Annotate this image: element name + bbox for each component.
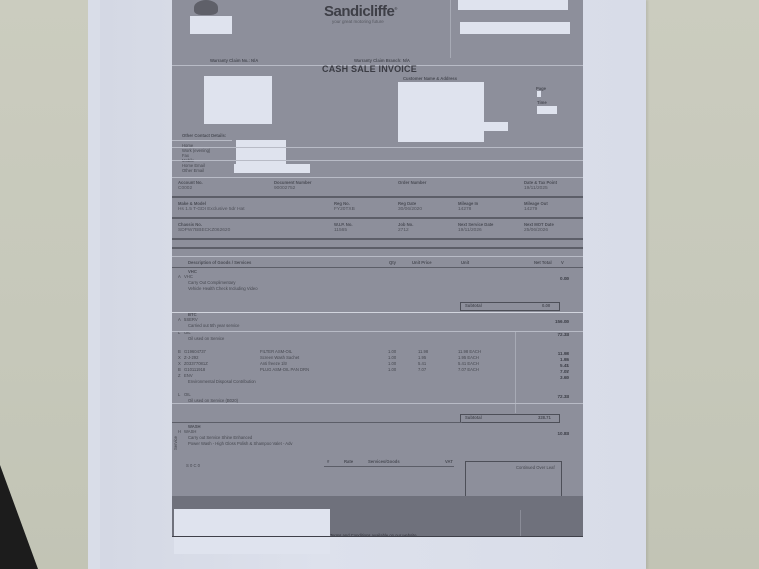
- field-label: Mileage Out: [524, 202, 548, 206]
- divider: [172, 247, 583, 249]
- redacted-footer: [174, 509, 330, 554]
- col-vat: V: [561, 261, 564, 265]
- divider: [172, 403, 583, 404]
- field-label: Chassis No.: [178, 223, 202, 227]
- continued-label: Continued Over Leaf: [516, 466, 555, 470]
- field-label: Reg Date: [398, 202, 416, 206]
- part-unit-price: 7.07: [418, 368, 426, 372]
- line-ref: H: [178, 430, 181, 434]
- col-unit: Unit: [461, 261, 469, 265]
- warranty-claim-no: Warranty Claim No.: N/A: [210, 59, 258, 63]
- line-text: OIL: [184, 393, 191, 397]
- divider: [172, 331, 583, 332]
- divider: [172, 160, 583, 161]
- redacted-block: [458, 0, 568, 10]
- part-ref: X: [178, 356, 181, 360]
- field-value: 30/06/2020: [398, 208, 422, 213]
- field-label: Next MOT Date: [524, 223, 554, 227]
- divider: [172, 312, 583, 313]
- divider: [172, 422, 462, 423]
- line-vat-code: S: [566, 277, 569, 281]
- redacted-time: [537, 106, 557, 114]
- vat-col-services: Services/Goods: [368, 460, 400, 464]
- part-description: Screen Wash Sachet: [260, 356, 299, 360]
- dark-object-corner: [0, 465, 38, 569]
- side-note: Service: [174, 436, 178, 450]
- line-ref: A: [178, 318, 181, 322]
- field-label: W.I.P. No.: [334, 223, 353, 227]
- line-text: Carry Out Complimentary: [188, 281, 235, 285]
- subtotal-label: Subtotal: [465, 416, 482, 420]
- vat-col-vat: VAT: [445, 460, 453, 464]
- field-label: Make & Model: [178, 202, 206, 206]
- line-vat-code: S: [566, 432, 569, 436]
- divider: [172, 217, 583, 219]
- contact-field-label: Other Email: [182, 169, 204, 173]
- field-label: Date & Tax Point: [524, 181, 557, 185]
- line-vat-code: S: [566, 333, 569, 337]
- redacted-contact: [234, 164, 310, 173]
- redacted-customer: [398, 82, 484, 142]
- other-contact-label: Other Contact Details:: [182, 134, 226, 138]
- redacted-block: [190, 16, 232, 34]
- field-value: 25/06/2026: [524, 229, 548, 234]
- part-ref: B: [178, 368, 181, 372]
- field-label: Order Number: [398, 181, 426, 185]
- line-vat-code: S: [566, 320, 569, 324]
- redacted-address: [204, 76, 272, 124]
- col-unit-price: Unit Price: [412, 261, 432, 265]
- line-text: Carried out 5th year service: [188, 324, 239, 328]
- redacted-block: [460, 22, 570, 34]
- line-text: Oil used on Service: [188, 337, 224, 341]
- part-vat-code: S: [566, 364, 569, 368]
- part-vat-code: S: [566, 352, 569, 356]
- part-vat-code: S: [566, 358, 569, 362]
- line-vat-code: S: [566, 395, 569, 399]
- line-text: Power Wash - High Gloss Polish & Shampoo…: [188, 442, 293, 446]
- part-description: FILTER ASM-OIL: [260, 350, 292, 354]
- time-label: Time: [537, 101, 547, 105]
- field-value: SDPW7BBECKZ062620: [178, 229, 230, 234]
- redacted-block: [484, 122, 508, 131]
- subtotal-label: Subtotal: [465, 304, 482, 308]
- divider: [172, 140, 232, 141]
- part-unit-price: 11.98: [418, 350, 428, 354]
- divider: [324, 466, 454, 467]
- part-unit-price: 1.95: [418, 356, 426, 360]
- brand-tagline: your great motoring future: [332, 20, 384, 25]
- divider: [172, 238, 583, 240]
- part-unit: 5.41 EACH: [458, 362, 479, 366]
- field-label: Mileage In: [458, 202, 478, 206]
- field-label: Reg No.: [334, 202, 350, 206]
- part-part-no: G10111918: [184, 368, 205, 372]
- part-unit: 7.07 EACH: [458, 368, 479, 372]
- field-label: Account No.: [178, 181, 203, 185]
- part-ref: X: [178, 362, 181, 366]
- part-part-no: Z03377081Z: [184, 362, 208, 366]
- divider: [172, 256, 583, 257]
- customer-label: Customer Name & Address: [403, 77, 457, 81]
- field-label: Next Service Date: [458, 223, 493, 227]
- crest-logo-icon: [194, 0, 218, 15]
- field-value: 2712: [398, 229, 409, 234]
- part-qty: 1.00: [388, 362, 396, 366]
- redacted-page: [537, 91, 541, 97]
- divider: [172, 147, 583, 148]
- part-unit: 1.95 EACH: [458, 356, 479, 360]
- part-description: PLUG ASM-OIL PAN DRN: [260, 368, 309, 372]
- col-qty: Qty: [389, 261, 396, 265]
- field-value: 19/11/2025: [524, 187, 548, 192]
- field-label: Document Number: [274, 181, 311, 185]
- field-value: C0002: [178, 187, 192, 192]
- line-text: Carry out Service Shine Enhanced: [188, 436, 252, 440]
- vat-prefix: S 0 C 0: [186, 464, 200, 468]
- col-net-total: Net Total: [534, 261, 552, 265]
- line-text: 5SERV: [184, 318, 198, 322]
- divider: [172, 177, 583, 178]
- part-qty: 1.00: [388, 350, 396, 354]
- part-ref: B: [178, 350, 181, 354]
- part-unit: 11.98 EACH: [458, 350, 481, 354]
- invoice-document: Sandicliffe® your great motoring future …: [172, 0, 583, 536]
- subtotal-value: 0.00: [542, 304, 550, 308]
- invoice-title: CASH SALE INVOICE: [322, 65, 417, 74]
- field-value: FY20TXB: [334, 208, 355, 213]
- field-value: 11565: [334, 229, 347, 234]
- vat-col-rate: Rate: [344, 460, 353, 464]
- part-qty: 1.00: [388, 356, 396, 360]
- part-vat-code: S: [566, 370, 569, 374]
- vat-col-hash: #: [327, 460, 329, 464]
- divider: [172, 196, 583, 198]
- field-value: 19/11/2026: [458, 229, 482, 234]
- col-description: Description of Goods / Services: [188, 261, 251, 265]
- subtotal-value: 328.71: [538, 416, 551, 420]
- divider: [172, 536, 583, 537]
- part-part-no: Z-J-292: [184, 356, 198, 360]
- field-value: 14278: [458, 208, 471, 213]
- line-vat-code: S: [566, 376, 569, 380]
- brand-logo: Sandicliffe®: [324, 3, 397, 20]
- divider: [172, 267, 583, 268]
- brand-name: Sandicliffe: [324, 3, 394, 20]
- line-text: Environmental Disposal Contribution: [188, 380, 256, 384]
- part-unit-price: 5.41: [418, 362, 426, 366]
- field-value: Hs 1.5 T-GDI Exclusive 5dr Hat: [178, 208, 245, 213]
- part-description: Anti freeze 1ltr: [260, 362, 287, 366]
- part-qty: 1.00: [388, 368, 396, 372]
- divider: [520, 510, 521, 536]
- part-part-no: G19604737: [184, 350, 206, 354]
- line-text: VHC: [184, 275, 193, 279]
- divider: [515, 331, 516, 413]
- line-ref: Z: [178, 374, 181, 378]
- field-label: Job No.: [398, 223, 413, 227]
- divider: [450, 0, 451, 58]
- field-value: 90002752: [274, 187, 295, 192]
- line-ref: L: [178, 393, 180, 397]
- line-text: ENV: [184, 374, 193, 378]
- line-text: Vehicle Health Check Including Video: [188, 287, 258, 291]
- warranty-claim-branch: Warranty Claim Branch: N/A: [354, 59, 410, 63]
- line-ref: A: [178, 275, 181, 279]
- line-text: WASH: [184, 430, 196, 434]
- field-value: 14279: [524, 208, 537, 213]
